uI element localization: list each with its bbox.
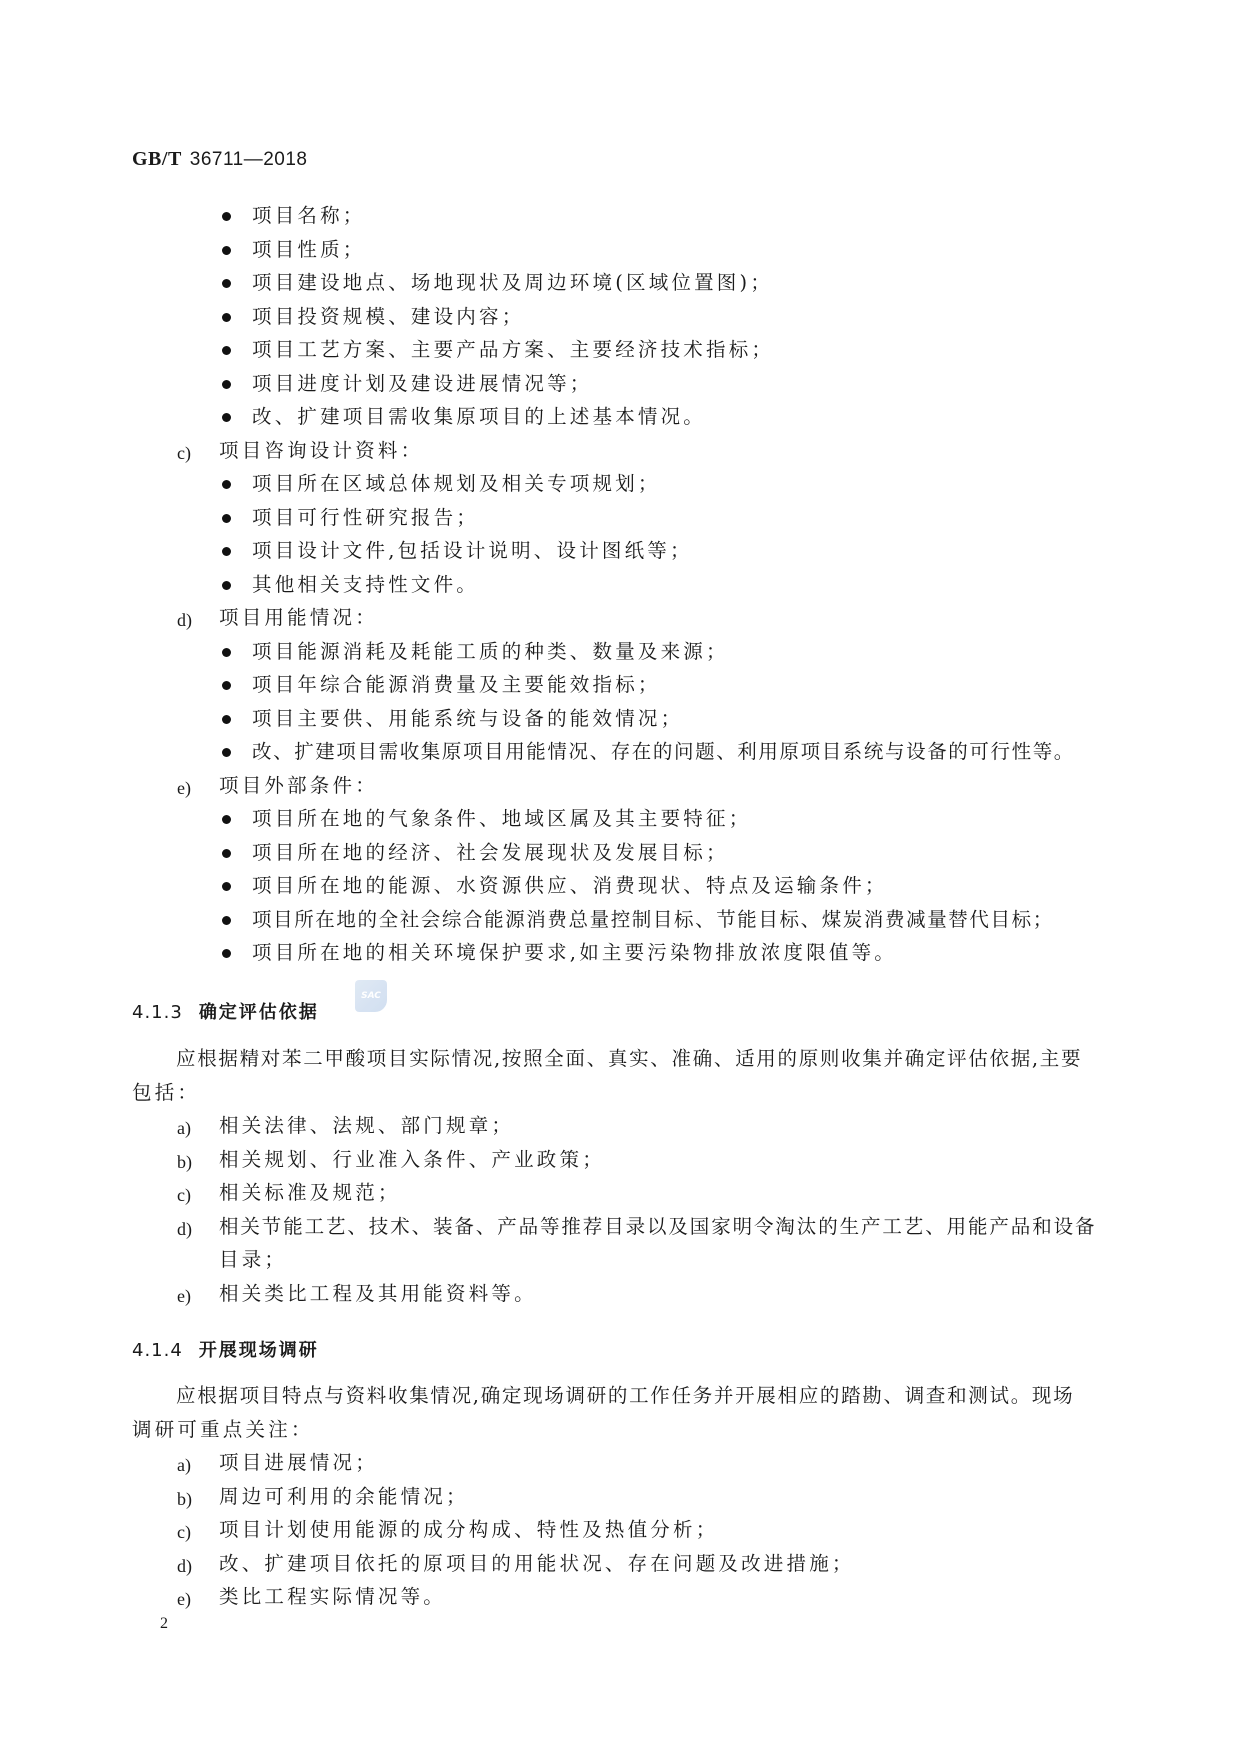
list-item: 相关节能工艺、技术、装备、产品等推荐目录以及国家明令淘汰的生产工艺、用能产品和设… xyxy=(219,1215,1096,1239)
list-marker: d) xyxy=(177,1554,192,1578)
bullet-icon xyxy=(222,581,231,590)
list-item: 项目性质； xyxy=(252,238,366,262)
paragraph-line: 调研可重点关注： xyxy=(132,1418,314,1442)
list-item: 类比工程实际情况等。 xyxy=(219,1585,446,1609)
section-title: 项目咨询设计资料： xyxy=(219,439,423,463)
list-marker: e) xyxy=(177,776,191,800)
clause-number: 4.1.3 xyxy=(132,1002,183,1023)
list-item: 项目主要供、用能系统与设备的能效情况； xyxy=(252,707,683,731)
bullet-icon xyxy=(222,849,231,858)
list-item: 项目所在地的全社会综合能源消费总量控制目标、节能目标、煤炭消费减量替代目标； xyxy=(252,908,1054,932)
standard-number-header: GB/T36711—2018 xyxy=(132,148,308,171)
list-marker: c) xyxy=(177,1183,191,1207)
watermark-label: SAC xyxy=(361,991,381,1001)
list-marker: e) xyxy=(177,1587,191,1611)
list-item-continuation: 目录； xyxy=(219,1248,287,1272)
list-item: 相关规划、行业准入条件、产业政策； xyxy=(219,1148,605,1172)
list-item: 项目计划使用能源的成分构成、特性及热值分析； xyxy=(219,1518,718,1542)
bullet-icon xyxy=(222,815,231,824)
list-item: 项目进展情况； xyxy=(219,1451,378,1475)
list-marker: d) xyxy=(177,1217,192,1241)
section-title: 项目外部条件： xyxy=(219,774,378,798)
section-title: 项目用能情况： xyxy=(219,606,378,630)
standard-prefix: GB/T xyxy=(132,148,182,170)
bullet-icon xyxy=(222,547,231,556)
list-item: 项目所在地的气象条件、地域区属及其主要特征； xyxy=(252,807,751,831)
list-item: 项目所在地的经济、社会发展现状及发展目标； xyxy=(252,841,729,865)
page-number: 2 xyxy=(160,1615,168,1633)
list-item: 项目名称； xyxy=(252,204,366,228)
bullet-icon xyxy=(222,380,231,389)
list-item: 改、扩建项目需收集原项目用能情况、存在的问题、利用原项目系统与设备的可行性等。 xyxy=(252,740,1075,764)
list-item: 项目建设地点、场地现状及周边环境(区域位置图)； xyxy=(252,271,773,295)
clause-heading: 4.1.3确定评估依据 xyxy=(132,998,319,1024)
paragraph-line: 包括： xyxy=(132,1081,200,1105)
list-item: 相关类比工程及其用能资料等。 xyxy=(219,1282,537,1306)
list-item: 项目设计文件,包括设计说明、设计图纸等； xyxy=(252,539,693,563)
list-item: 项目进度计划及建设进展情况等； xyxy=(252,372,593,396)
list-item: 周边可利用的余能情况； xyxy=(219,1485,469,1509)
list-item: 相关法律、法规、部门规章； xyxy=(219,1114,514,1138)
list-marker: c) xyxy=(177,1520,191,1544)
list-item: 项目投资规模、建设内容； xyxy=(252,305,524,329)
bullet-icon xyxy=(222,346,231,355)
list-item: 项目可行性研究报告； xyxy=(252,506,479,530)
list-item: 改、扩建项目需收集原项目的上述基本情况。 xyxy=(252,405,706,429)
bullet-icon xyxy=(222,748,231,757)
list-item: 项目所在区域总体规划及相关专项规划； xyxy=(252,472,661,496)
bullet-icon xyxy=(222,715,231,724)
bullet-icon xyxy=(222,681,231,690)
list-item: 其他相关支持性文件。 xyxy=(252,573,479,597)
list-item: 项目所在地的能源、水资源供应、消费现状、特点及运输条件； xyxy=(252,874,888,898)
clause-heading: 4.1.4开展现场调研 xyxy=(132,1336,319,1362)
bullet-icon xyxy=(222,212,231,221)
list-item: 项目年综合能源消费量及主要能效指标； xyxy=(252,673,661,697)
list-marker: a) xyxy=(177,1453,191,1477)
list-marker: c) xyxy=(177,441,191,465)
bullet-icon xyxy=(222,514,231,523)
bullet-icon xyxy=(222,313,231,322)
clause-title: 开展现场调研 xyxy=(199,1340,319,1361)
list-marker: b) xyxy=(177,1487,192,1511)
paragraph-line: 应根据精对苯二甲酸项目实际情况,按照全面、真实、准确、适用的原则收集并确定评估依… xyxy=(176,1047,1082,1071)
list-item: 项目能源消耗及耗能工质的种类、数量及来源； xyxy=(252,640,729,664)
list-item: 改、扩建项目依托的原项目的用能状况、存在问题及改进措施； xyxy=(219,1552,855,1576)
clause-title: 确定评估依据 xyxy=(199,1002,319,1023)
paragraph-line: 应根据项目特点与资料收集情况,确定现场调研的工作任务并开展相应的踏勘、调查和测试… xyxy=(176,1384,1074,1408)
list-item: 项目所在地的相关环境保护要求,如主要污染物排放浓度限值等。 xyxy=(252,941,897,965)
list-item: 项目工艺方案、主要产品方案、主要经济技术指标； xyxy=(252,338,774,362)
sac-watermark-logo: SAC xyxy=(355,980,387,1012)
bullet-icon xyxy=(222,480,231,489)
bullet-icon xyxy=(222,648,231,657)
bullet-icon xyxy=(222,949,231,958)
list-marker: b) xyxy=(177,1150,192,1174)
clause-number: 4.1.4 xyxy=(132,1340,183,1361)
list-marker: e) xyxy=(177,1284,191,1308)
standard-number: 36711—2018 xyxy=(190,149,308,170)
list-marker: d) xyxy=(177,608,192,632)
bullet-icon xyxy=(222,916,231,925)
bullet-icon xyxy=(222,882,231,891)
bullet-icon xyxy=(222,413,231,422)
bullet-icon xyxy=(222,279,231,288)
list-marker: a) xyxy=(177,1116,191,1140)
list-item: 相关标准及规范； xyxy=(219,1181,401,1205)
bullet-icon xyxy=(222,246,231,255)
